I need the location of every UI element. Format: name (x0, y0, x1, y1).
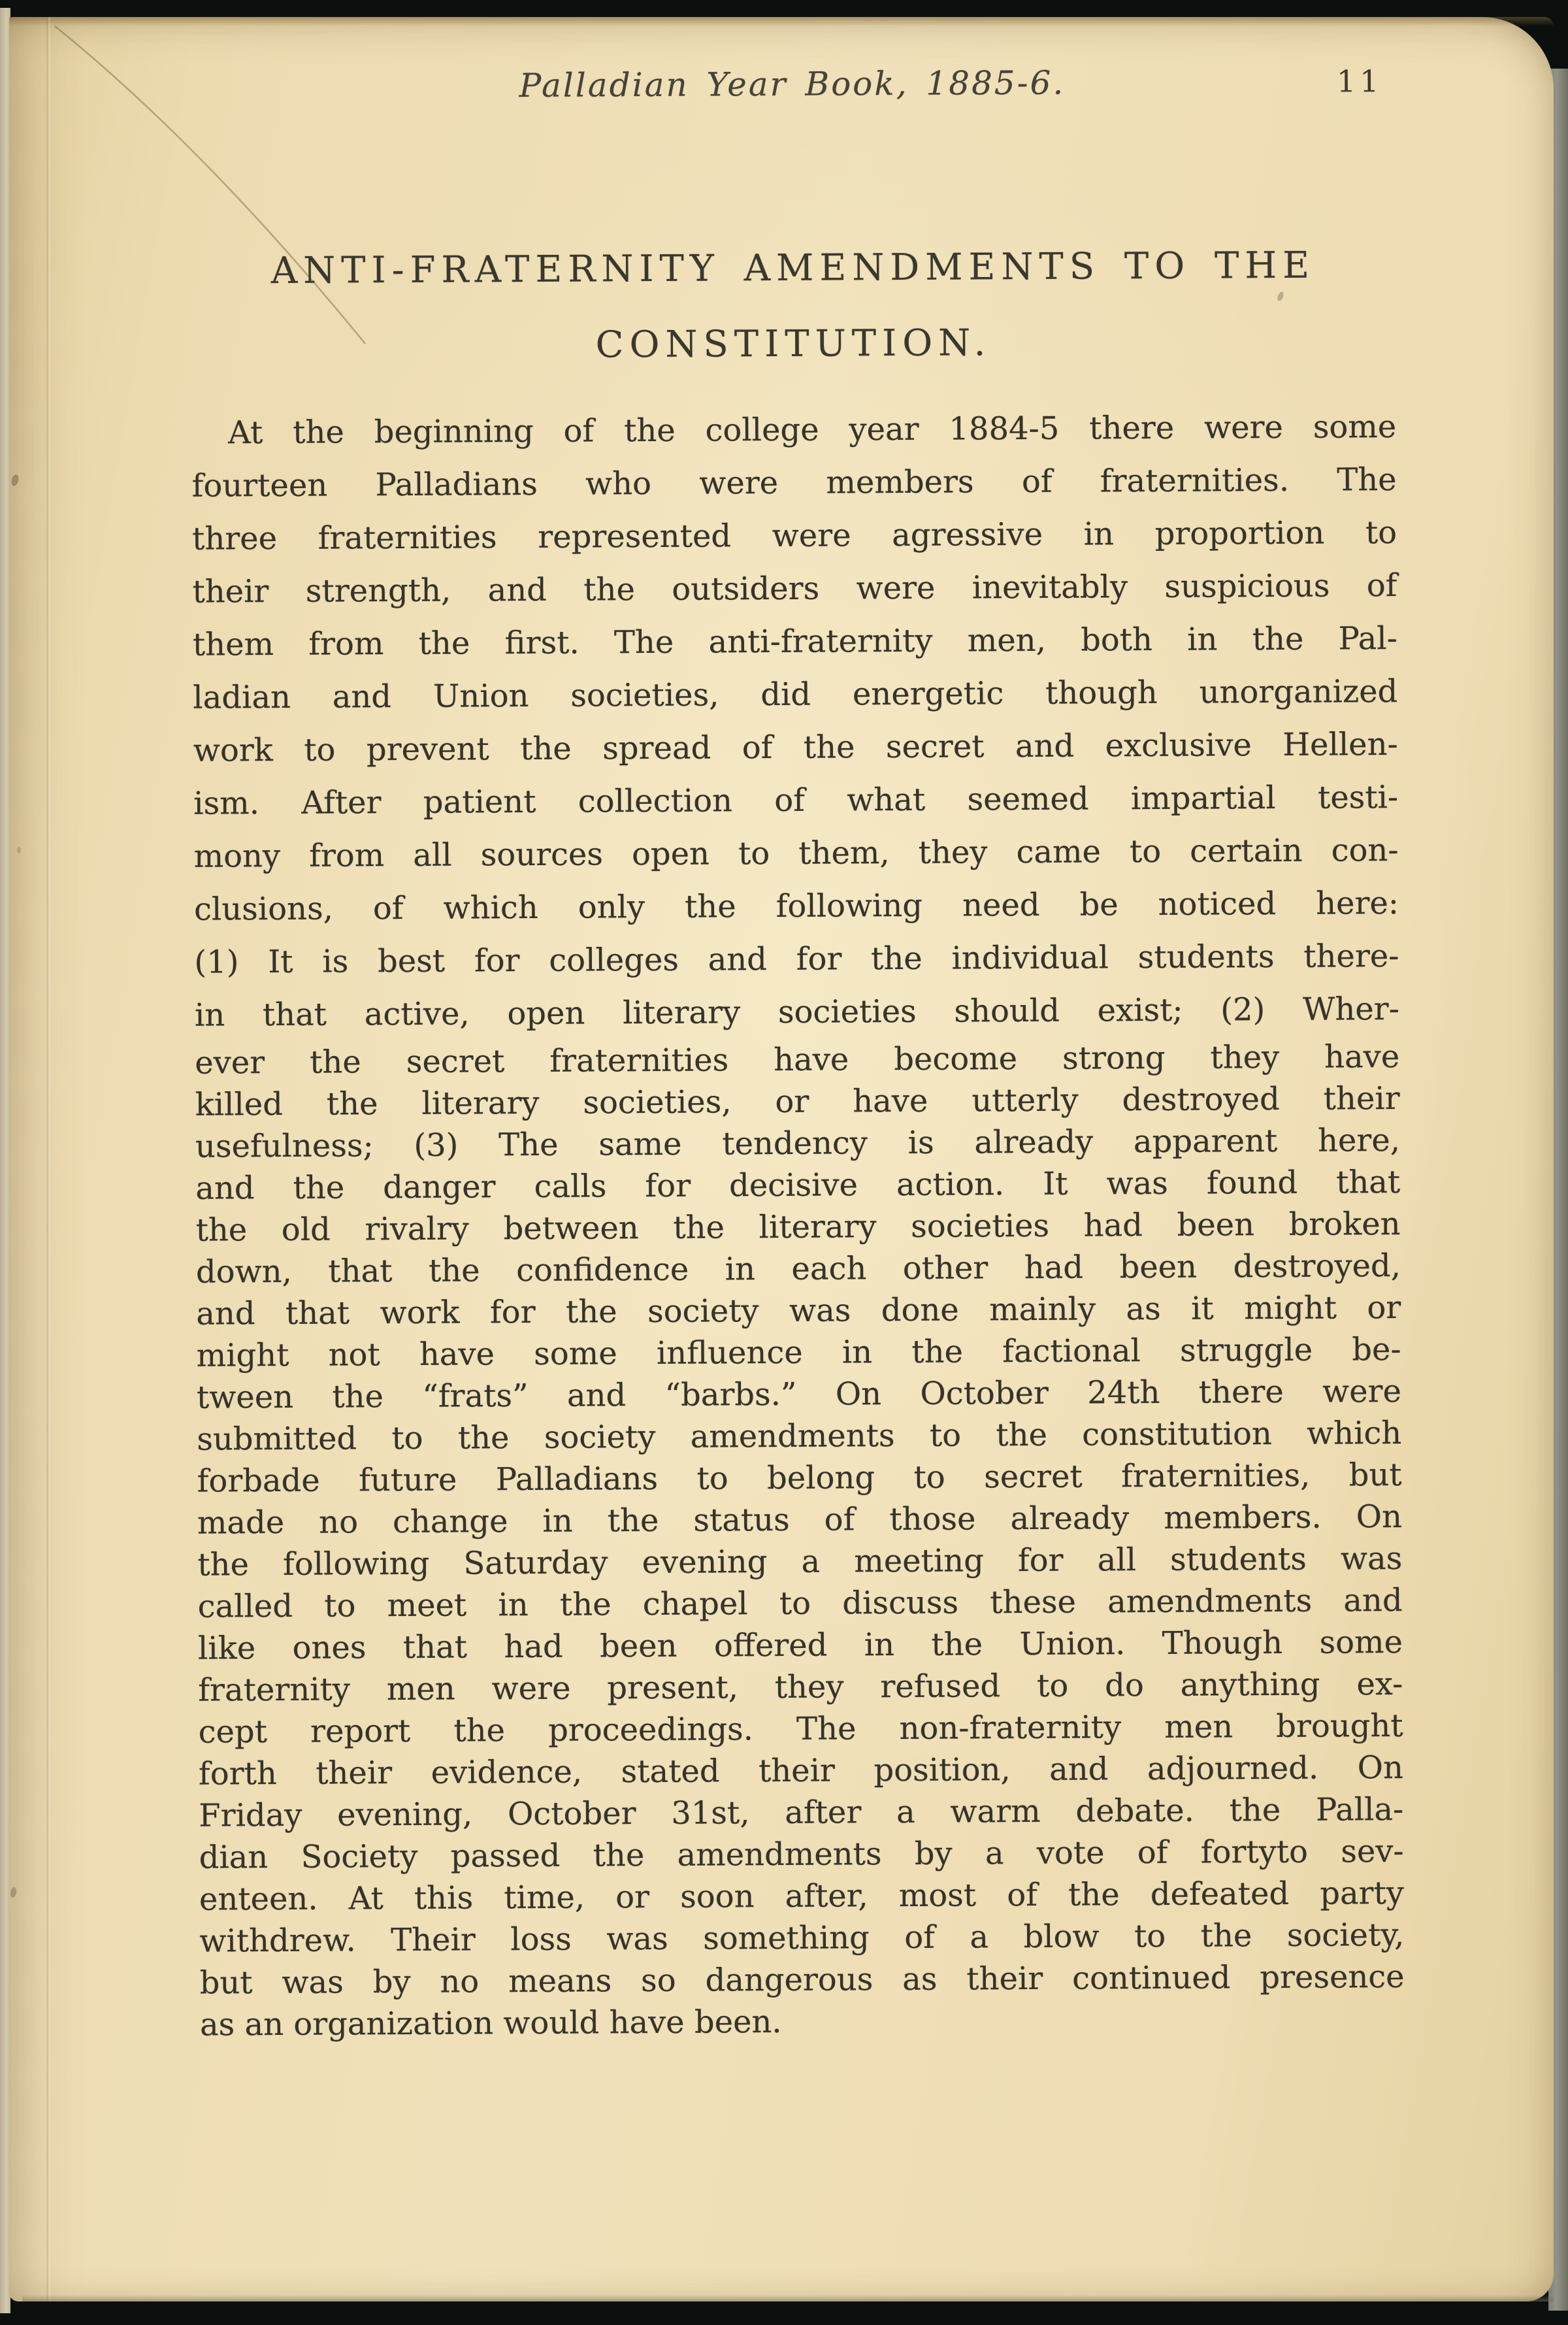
body-line: forth their evidence, stated their posit… (199, 1747, 1403, 1795)
body-line: but was by no means so dangerous as thei… (199, 1956, 1404, 2004)
article-heading-line-2: CONSTITUTION. (191, 320, 1396, 369)
body-line: like ones that had been offered in the U… (198, 1621, 1403, 1670)
body-line: the following Saturday evening a meeting… (197, 1538, 1402, 1586)
article-heading-line-1: ANTI-FRATERNITY AMENDMENTS TO THE (191, 244, 1396, 293)
body-line: usefulness; (3) The same tendency is alr… (195, 1119, 1400, 1168)
scanned-book-spread: Palladian Year Book, 1885-6. 11 ANTI-FRA… (0, 0, 1568, 2325)
running-title: Palladian Year Book, 1885-6. (189, 62, 1394, 107)
body-line: and the danger calls for decisive action… (195, 1161, 1400, 1210)
body-line: the old rivalry between the literary soc… (195, 1203, 1400, 1251)
body-line: fraternity men were present, they refuse… (198, 1663, 1403, 1711)
body-line: fourteen Palladians who were members of … (191, 453, 1396, 513)
article-body: At the beginning of the college year 188… (191, 401, 1405, 2046)
body-line: killed the literary societies, or have u… (195, 1078, 1399, 1126)
body-line: (1) It is best for colleges and for the … (194, 930, 1399, 989)
body-line: tween the “frats” and “barbs.” On Octobe… (197, 1370, 1401, 1419)
running-header: Palladian Year Book, 1885-6. 11 (189, 62, 1394, 114)
margin-speck (10, 1887, 18, 1898)
body-line: ever the secret fraternities have become… (195, 1036, 1399, 1084)
body-line: enteen. At this time, or soon after, mos… (199, 1872, 1404, 1921)
body-line: three fraternities represented were agre… (192, 506, 1397, 566)
body-line: dian Society passed the amendments by a … (199, 1830, 1403, 1879)
book-page: Palladian Year Book, 1885-6. 11 ANTI-FRA… (9, 17, 1554, 2301)
body-line: down, that the confidence in each other … (196, 1245, 1401, 1293)
page-content: Palladian Year Book, 1885-6. 11 ANTI-FRA… (8, 13, 1564, 2305)
body-line: made no change in the status of those al… (197, 1496, 1402, 1544)
body-line: and that work for the society was done m… (196, 1287, 1401, 1335)
body-line: called to meet in the chapel to discuss … (197, 1579, 1402, 1628)
body-line: might not have some influence in the fac… (196, 1328, 1401, 1377)
body-line: ism. After patient collection of what se… (193, 771, 1398, 831)
body-line: Friday evening, October 31st, after a wa… (199, 1789, 1403, 1837)
body-line: as an organization would have been. (200, 1998, 1405, 2046)
body-line: submitted to the society amendments to t… (197, 1412, 1401, 1460)
body-line: At the beginning of the college year 188… (191, 401, 1396, 460)
body-line: cept report the proceedings. The non-fra… (198, 1705, 1403, 1753)
body-line: their strength, and the outsiders were i… (192, 559, 1397, 619)
body-line: them from the first. The anti-fraternity… (193, 612, 1397, 672)
page-number: 11 (1337, 63, 1383, 99)
body-line: ladian and Union societies, did energeti… (193, 665, 1397, 725)
body-line: work to prevent the spread of the secret… (193, 718, 1398, 778)
body-line: mony from all sources open to them, they… (193, 824, 1398, 883)
body-line: clusions, of which only the following ne… (194, 877, 1399, 936)
body-line: withdrew. Their loss was something of a … (199, 1914, 1404, 1962)
body-line: forbade future Palladians to belong to s… (197, 1454, 1401, 1502)
body-line: in that active, open literary societies … (195, 983, 1399, 1042)
